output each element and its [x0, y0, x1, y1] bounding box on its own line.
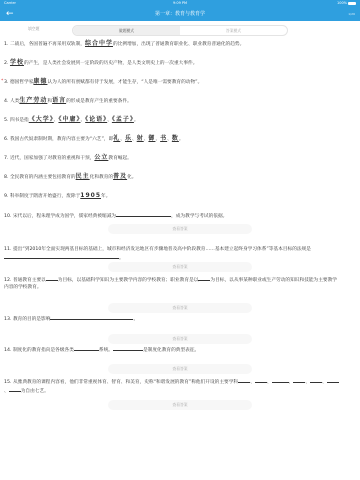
filled-answer: 民主: [76, 173, 90, 180]
filled-answer: 公立: [94, 154, 108, 161]
filled-answer: 射: [137, 135, 144, 142]
filled-answer: 学校: [10, 59, 24, 66]
question-text: 。: [119, 256, 124, 261]
answer-blank[interactable]: [272, 378, 289, 383]
question-text: 近代，国家加强了对教育的重视和干预，: [10, 156, 94, 161]
filled-answer: 数: [172, 135, 179, 142]
view-answer-button[interactable]: 查看答案: [108, 262, 252, 272]
question-number: 11.: [4, 247, 13, 252]
question-text: 制度化的教育指向是各级各类: [13, 348, 74, 353]
question-item: 1. 二战后，各国普遍不再采用双轨制，综合中学的比例增加，出现了普通教育职业化、…: [0, 41, 350, 49]
answer-blank[interactable]: [113, 346, 143, 351]
question-text: 教育崛起。: [108, 156, 131, 161]
question-item: 4. 人类生产劳动和语言的形成是教育产生的重要条件。: [0, 98, 350, 106]
question-text: 普通教育主要以: [13, 278, 46, 283]
battery-indicator: 100%: [337, 1, 356, 5]
question-item: 12. 普通教育主要以为目标，以基础科学知识为主要教学内容的学校教育；职业教育是…: [0, 276, 350, 291]
question-number: 14.: [4, 348, 13, 353]
filled-answer: 语言: [52, 97, 66, 104]
view-answer-button[interactable]: 查看答案: [108, 400, 252, 410]
question-item: 11. 提出“到2010年全面实现两基目标的基础上，城市和经济发达地区有步骤地普…: [0, 247, 350, 262]
page-counter: 1/26: [348, 12, 355, 16]
question-text: 四书是指: [10, 118, 29, 123]
page-title: 第一章：教育与教育学: [0, 7, 360, 21]
question-item: *3. 德国哲学家康德认为人的所有禀赋都有待于发展，才能生存，“人是唯一需要教育…: [0, 79, 350, 87]
question-text: 科举制度于隋唐开始盛行，废除于: [10, 194, 80, 199]
answer-blank[interactable]: [255, 378, 267, 383]
filled-answer: 1905: [80, 192, 101, 199]
question-item: 9. 科举制度于隋唐开始盛行，废除于1905年。: [0, 193, 350, 201]
question-text: 。: [179, 137, 184, 142]
star-mark: *: [1, 79, 3, 86]
filled-answer: 康德: [33, 78, 47, 85]
question-text: 德国哲学家: [10, 80, 33, 85]
filled-answer: 《论语》: [85, 116, 107, 123]
question-text: 的产生，是人类社会发展到一定阶段的历史产物，是人类文明史上的一次重大事件。: [24, 61, 197, 66]
battery-label: 100%: [337, 1, 347, 5]
answer-blank[interactable]: [198, 276, 210, 281]
view-answer-button[interactable]: 查看答案: [108, 364, 252, 374]
question-text: 提出“到2010年全面实现两基目标的基础上，城市和经济发达地区有步骤地普及高中阶…: [13, 247, 311, 252]
filled-answer: 综合中学: [85, 40, 113, 47]
tab-practice-mode[interactable]: 做题模式: [73, 26, 180, 35]
question-text: 化和教育的: [90, 175, 113, 180]
question-text: 为自由七艺。: [21, 389, 49, 394]
question-item: 13. 教育的目的是影响。: [0, 315, 350, 324]
question-text: 宋代以后，程朱理学成为国学，儒家经典被缩减为: [13, 214, 116, 219]
question-text: 为目标，以基础科学知识为主要教学内容的学校教育；职业教育是以: [58, 278, 199, 283]
question-text: 化。: [127, 175, 136, 180]
status-bar: Carrier 9:09 PM 100%: [0, 0, 360, 7]
question-number: 10.: [4, 214, 13, 219]
answer-blank[interactable]: [238, 378, 250, 383]
question-text: 是制度化教育的典型表征。: [143, 348, 199, 353]
question-item: 15. 从雅典教育的课程内容看，他们非常重视体育、智育、和美育，史称“和谐发展的…: [0, 378, 350, 395]
question-type-tab[interactable]: 填空题: [28, 26, 39, 32]
question-text: 全民教育的内涵主要包括教育的: [10, 175, 76, 180]
question-text: 人类: [10, 99, 19, 104]
answer-blank[interactable]: [116, 212, 171, 217]
filled-answer: 生产劳动: [19, 97, 47, 104]
answer-blank[interactable]: [74, 346, 99, 351]
question-text: 的形成是教育产生的重要条件。: [66, 99, 132, 104]
question-item: 7. 近代，国家加强了对教育的重视和干预，公立教育崛起。: [0, 155, 350, 163]
battery-icon: [348, 2, 356, 5]
filled-answer: 《大学》: [29, 116, 54, 123]
mode-bar: 填空题 做题模式 答案模式: [0, 21, 360, 38]
question-item: 8. 全民教育的内涵主要包括教育的民主化和教育的普及化。: [0, 174, 350, 182]
nav-bar: ← 第一章：教育与教育学 1/26: [0, 7, 360, 21]
answer-blank[interactable]: [327, 378, 339, 383]
mode-segmented-control: 做题模式 答案模式: [72, 25, 288, 36]
question-text: 二战后，各国普遍不再采用双轨制，: [10, 42, 85, 47]
answer-blank[interactable]: [293, 378, 305, 383]
filled-answer: 《中庸》: [58, 116, 80, 123]
view-answer-button[interactable]: 查看答案: [108, 334, 252, 344]
answer-blank[interactable]: [50, 315, 133, 320]
question-text: 从雅典教育的课程内容看，他们非常重视体育、智育、和美育，史称“和谐发展的教育”称…: [13, 380, 238, 385]
question-number: 15.: [4, 380, 13, 385]
question-item: 5. 四书是指《大学》、《中庸》、《论语》、《孟子》。: [0, 117, 350, 125]
question-text: 的比例增加，出现了普通教育职业化、职业教育普通化的趋势。: [113, 42, 244, 47]
filled-answer: 乐: [125, 135, 132, 142]
question-text: 认为人的所有禀赋都有待于发展，才能生存，“人是唯一需要教育的动物”。: [47, 80, 202, 85]
question-number: 13.: [4, 317, 13, 322]
question-item: 6. 我国古代奴隶制时期，教育内容主要为“六艺”，即礼、乐、射、御、书、数。: [0, 136, 350, 144]
filled-answer: 《孟子》: [112, 116, 134, 123]
question-item: 10. 宋代以后，程朱理学成为国学，儒家经典被缩减为，成为教学与考试的依据。: [0, 212, 350, 221]
time-label: 9:09 PM: [0, 1, 360, 5]
view-answer-button[interactable]: 查看答案: [108, 224, 252, 234]
question-text: 。: [134, 118, 139, 123]
question-item: 2. 学校的产生，是人类社会发展到一定阶段的历史产物，是人类文明史上的一次重大事…: [0, 60, 350, 68]
answer-blank[interactable]: [9, 387, 21, 392]
question-item: 14. 制度化的教育指向是各级各类系统。是制度化教育的典型表征。: [0, 346, 350, 355]
tab-answer-mode[interactable]: 答案模式: [180, 26, 287, 35]
view-answer-button[interactable]: 查看答案: [108, 303, 252, 313]
question-text: ，成为教学与考试的依据。: [171, 214, 227, 219]
answer-blank[interactable]: [46, 276, 58, 281]
question-text: 年。: [101, 194, 110, 199]
question-number: 12.: [4, 278, 13, 283]
filled-answer: 普及: [113, 173, 127, 180]
question-text: 系统。: [99, 348, 113, 353]
answer-blank[interactable]: [4, 254, 119, 259]
question-text: 教育的目的是影响: [13, 317, 51, 322]
question-text: 。: [133, 317, 138, 322]
answer-blank[interactable]: [310, 378, 322, 383]
question-text: 我国古代奴隶制时期，教育内容主要为“六艺”，即: [10, 137, 113, 142]
